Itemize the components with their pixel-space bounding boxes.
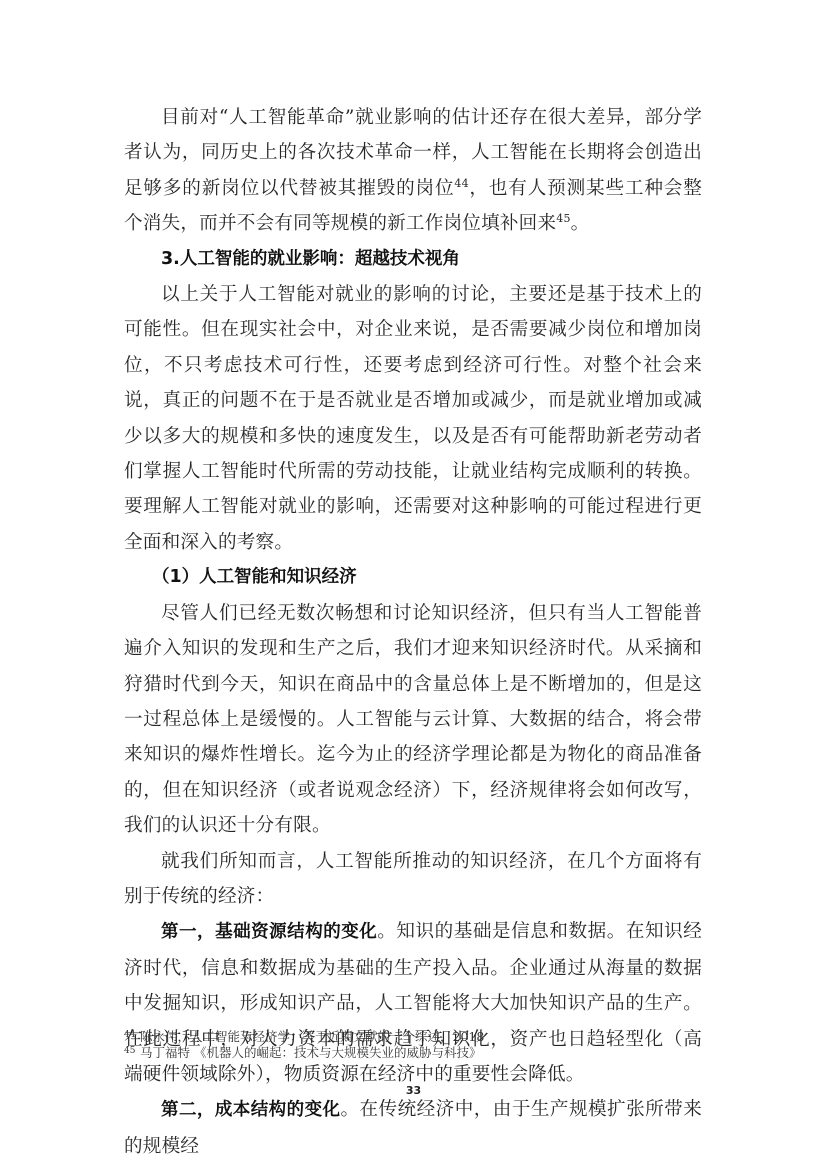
section-heading: 3.人工智能的就业影响：超越技术视角	[124, 242, 702, 277]
footnotes: 44陈永伟，人工智能与经济学：关于近期文献的一个综述，2018 45马丁福特 《…	[124, 1029, 684, 1061]
point-lead: 第一，基础资源结构的变化	[161, 922, 377, 942]
footnote-44: 44陈永伟，人工智能与经济学：关于近期文献的一个综述，2018	[124, 1029, 684, 1045]
paragraph-second-point: 第二，成本结构的变化。在传统经济中，由于生产规模扩张所带来的规模经	[124, 1092, 702, 1164]
paragraph-employment-estimates: 目前对“人工智能革命”就业影响的估计还存在很大差异，部分学者认为，同历史上的各次…	[124, 100, 702, 242]
paragraph-knowledge-economy: 尽管人们已经无数次畅想和讨论知识经济，但只有当人工智能普遍介入知识的发现和生产之…	[124, 596, 702, 844]
footnote-mark: 45	[124, 1045, 140, 1057]
footnote-mark: 44	[124, 1029, 140, 1041]
footnote-text: 马丁福特 《机器人的崛起：技术与大规模失业的威胁与科技》	[140, 1045, 481, 1060]
footnote-text: 陈永伟，人工智能与经济学：关于近期文献的一个综述，2018	[140, 1029, 484, 1044]
subsection-heading: （1）人工智能和知识经济	[124, 560, 702, 595]
page-number: 33	[0, 1084, 827, 1097]
footnote-ref-44[interactable]: 44	[454, 177, 468, 190]
page-body: 目前对“人工智能革命”就业影响的估计还存在很大差异，部分学者认为，同历史上的各次…	[124, 100, 702, 1164]
footnote-ref-45[interactable]: 45	[556, 212, 570, 225]
paragraph-differences-intro: 就我们所知而言，人工智能所推动的知识经济，在几个方面将有别于传统的经济：	[124, 844, 702, 915]
paragraph-first-point: 第一，基础资源结构的变化。知识的基础是信息和数据。在知识经济时代，信息和数据成为…	[124, 914, 702, 1092]
paragraph-text: 。	[571, 213, 590, 234]
footnote-45: 45马丁福特 《机器人的崛起：技术与大规模失业的威胁与科技》	[124, 1045, 684, 1061]
point-lead: 第二，成本结构的变化	[161, 1100, 340, 1120]
paragraph-beyond-technology: 以上关于人工智能对就业的影响的讨论，主要还是基于技术上的可能性。但在现实社会中，…	[124, 277, 702, 560]
